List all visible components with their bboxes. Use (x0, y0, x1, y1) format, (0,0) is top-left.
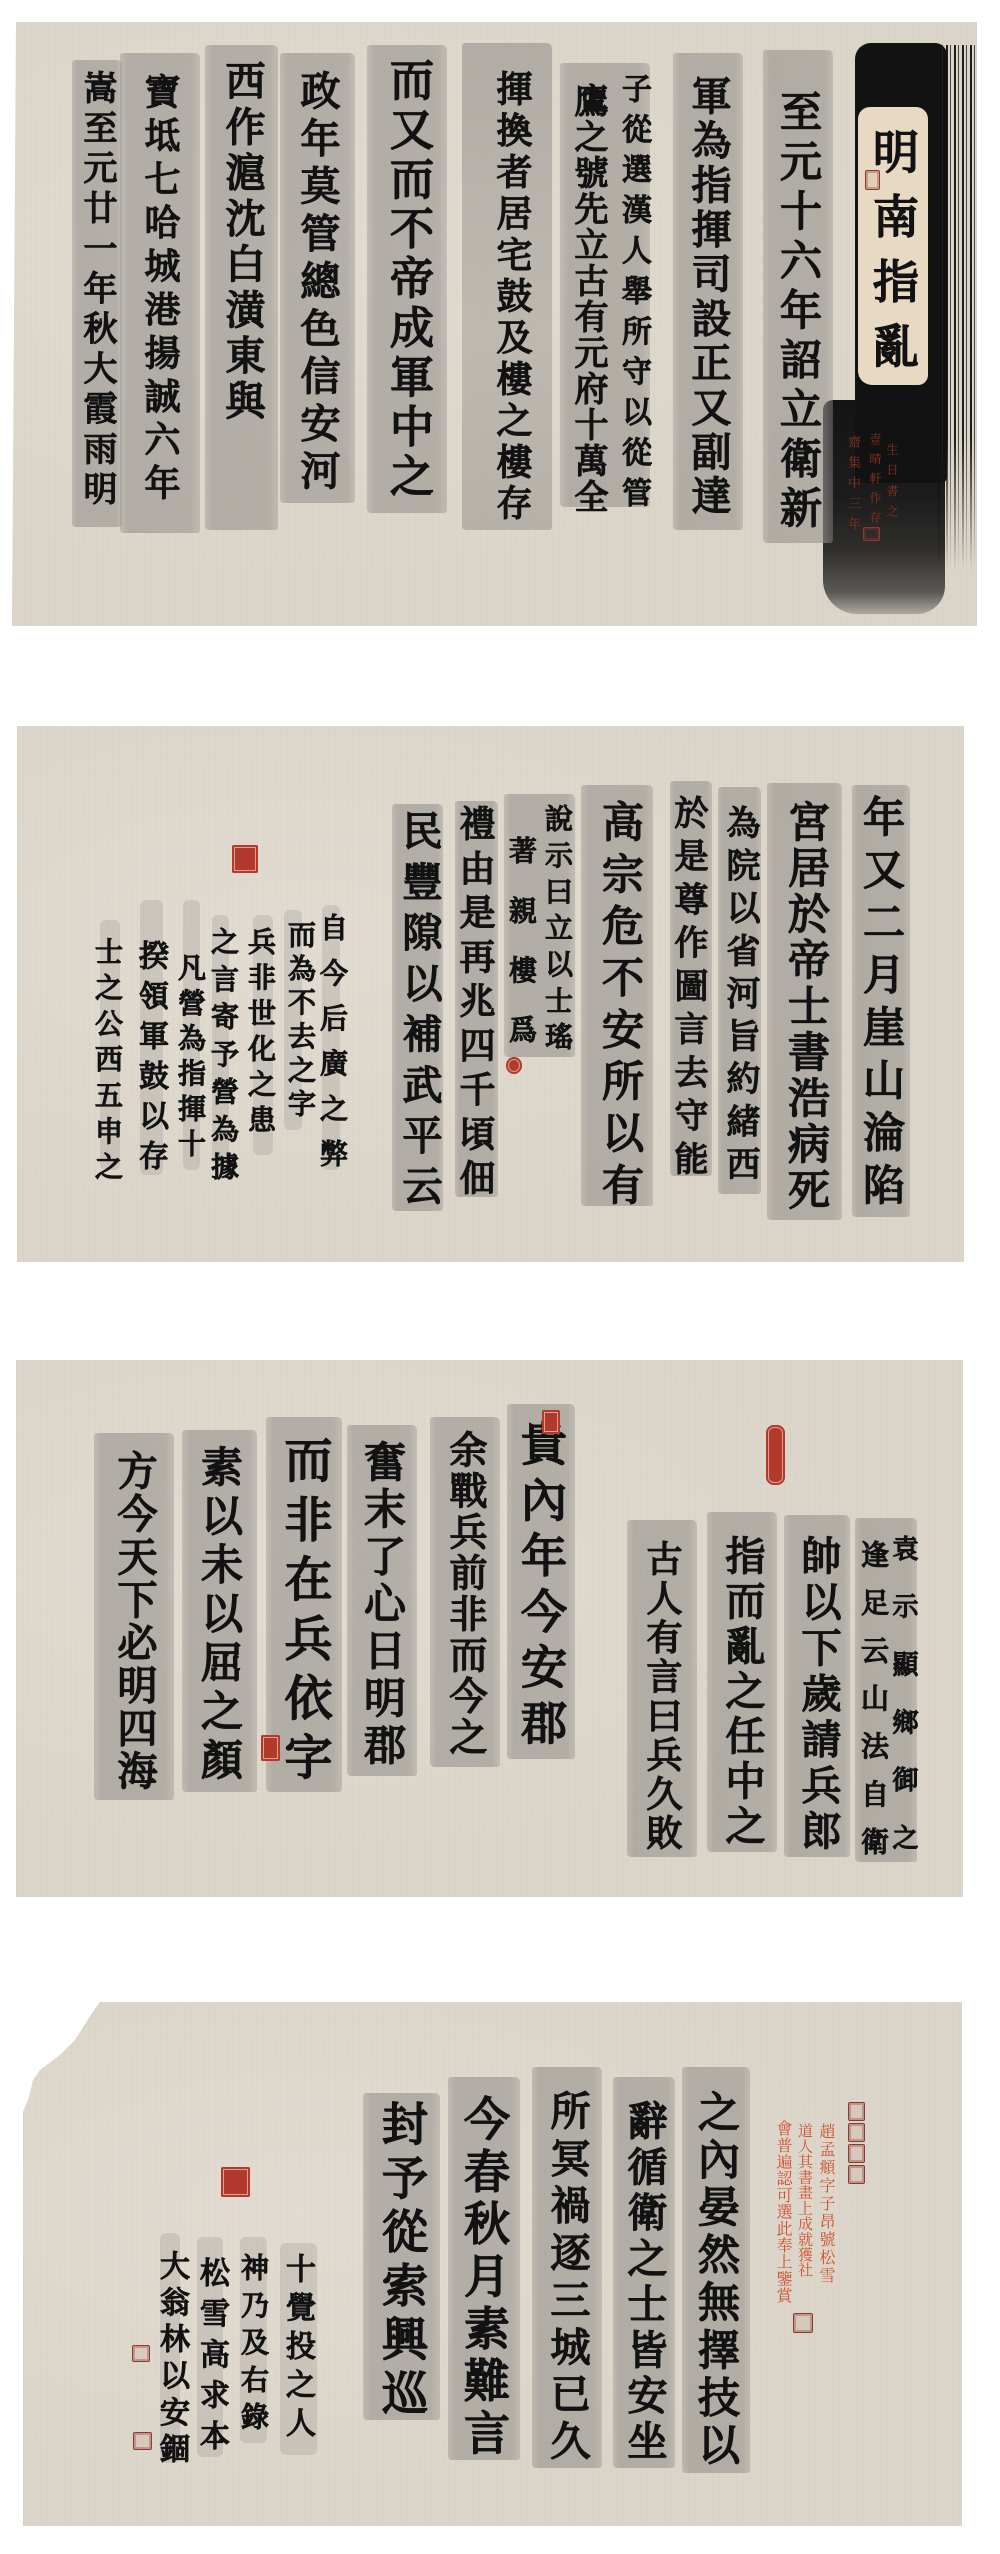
column-text: 至元十六年詔立衛新 (770, 90, 826, 528)
column-text: 而又而不帝成軍中之 (375, 57, 440, 497)
column-text: 所冥禍逐三城已久 (537, 2090, 597, 2460)
small-column-text: 揆領軍鼓以存 (134, 940, 166, 1170)
column-text: 為院以省河旨約緒西 (716, 805, 763, 1180)
column-text: 嵩至元廿一年秋大霞雨明 (73, 70, 120, 505)
red-seal-icon (221, 2167, 250, 2197)
column-text: 西作滬沈白潢東與 (210, 60, 275, 420)
column-text: 之內晏然無擇技以 (687, 2090, 745, 2465)
column-text: 今春秋月素難言 (452, 2095, 516, 2455)
column-text: 而非在兵依字 (271, 1435, 337, 1780)
small-column-text: 凡營為指揮十 (174, 953, 206, 1157)
small-column-text: 自今后廣之弊 (316, 913, 348, 1167)
column-text: 封予從索興巡 (368, 2100, 435, 2415)
red-seal-icon (542, 1410, 560, 1434)
column-text: 寶坻七哈城港揚誠六年 (125, 73, 195, 500)
signature-text: 十覺投之人 (277, 2253, 317, 2437)
column-text: 指而亂之任中之 (712, 1535, 772, 1845)
column-text: 年又二月崖山淪陷 (852, 795, 910, 1205)
small-column-text: 之言寄予營為據 (207, 927, 239, 1180)
column-text-right: 袁示顯鄉御之 (889, 1535, 917, 1850)
red-inscription-line: 壹晴軒作存 (867, 433, 882, 523)
red-seal-icon (848, 2144, 865, 2163)
red-seal-icon (848, 2165, 865, 2184)
column-text: 禮由是再兆四千頃佃 (452, 805, 498, 1195)
small-column-text: 而為不去之字 (284, 920, 316, 1117)
column-text: 古人有言曰兵久敗 (632, 1540, 692, 1850)
red-seal-icon (848, 2123, 865, 2142)
red-seal-icon (506, 1057, 522, 1074)
red-inscription-line: 齋集中三年 (845, 435, 860, 530)
column-text: 揮換者居宅鼓及樓之樓存 (478, 70, 545, 520)
column-text: 高宗危不安所以有 (590, 800, 650, 1205)
column-text: 宮居於帝士書浩病死 (772, 800, 840, 1210)
red-seal-icon (261, 1735, 280, 1761)
red-seal-icon (132, 2345, 150, 2362)
red-seal-icon (133, 2432, 152, 2450)
red-seal-icon (865, 170, 880, 190)
column-text: 方今天下必明四海 (99, 1450, 169, 1790)
column-text-right: 子從選漢人舉所守以從管 (617, 73, 650, 507)
column-text: 民豐隙以補武平云 (394, 810, 444, 1205)
column-text-left: 鷹之號先立古有元府十萬全 (563, 83, 612, 513)
red-inscription-line: 趙孟頫字子昂號松雪 (815, 2123, 838, 2283)
small-column-text: 兵非世化之患 (244, 927, 276, 1133)
red-seal-icon (793, 2313, 813, 2333)
column-text: 帥以下歲請兵郎 (788, 1535, 848, 1850)
red-inscription-line: 道人其書畫上成就獲社 (795, 2123, 815, 2277)
signature-text: 松雪高求本 (192, 2257, 230, 2450)
red-inscription-line: 會普遍認可選此奉上鑒賞 (773, 2120, 793, 2303)
red-seal-icon (766, 1425, 785, 1485)
column-text: 政年莫管總色信安河 (285, 70, 350, 490)
column-text: 素以未以屈之顏 (187, 1445, 252, 1780)
small-column-text: 士之公西五申之 (91, 937, 123, 1180)
column-text: 奮末了心日明郡 (352, 1440, 412, 1765)
red-seal-icon (848, 2102, 865, 2121)
title-text: 明南指亂 (860, 128, 926, 368)
red-seal-icon (232, 845, 258, 873)
signature-text: 大翁林以安錮 (150, 2250, 192, 2463)
column-text: 軍為指揮司設正又副達 (680, 75, 736, 515)
column-text-right: 說示曰立以士瑤 (538, 804, 576, 1050)
column-text-left: 逢足云山法自衛 (857, 1540, 890, 1855)
column-text: 余戰兵前非而今之 (435, 1430, 495, 1755)
column-text-left: 著親樓爲 (504, 836, 538, 1043)
signature-text: 神乃及右錄 (235, 2253, 271, 2430)
column-text: 貴內年今安郡 (511, 1420, 571, 1745)
dry-brush-strokes (938, 45, 976, 570)
red-inscription-line: 生日書之 (884, 443, 899, 517)
column-text: 辭循衛之士皆安坐 (615, 2100, 673, 2460)
red-seal-icon (863, 527, 880, 541)
column-text: 於是尊作圖言去守能 (664, 795, 712, 1175)
